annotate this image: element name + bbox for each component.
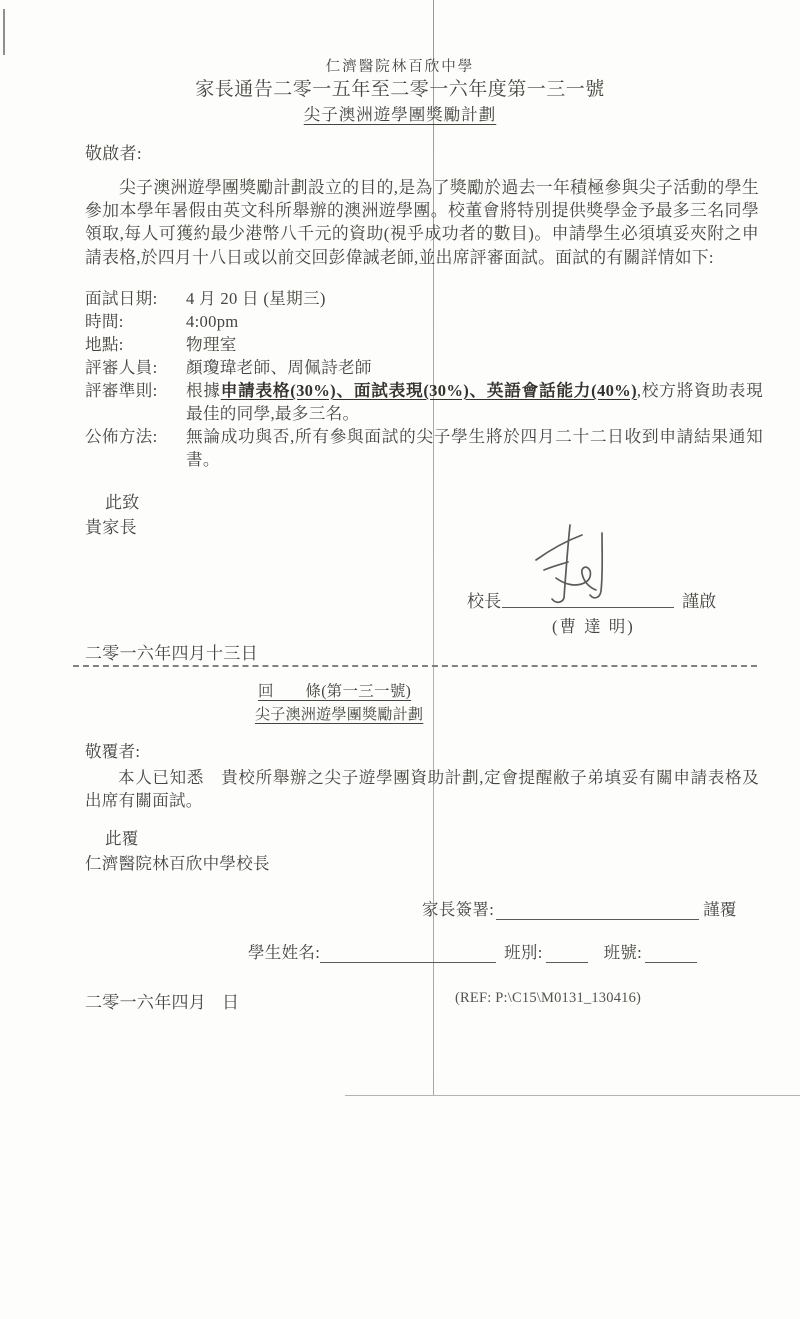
- student-name-label: 學生姓名:: [248, 943, 320, 962]
- detail-value: 根據申請表格(30%)、面試表現(30%)、英語會話能力(40%),校方將資助表…: [186, 379, 763, 425]
- scan-crease-vertical: [433, 0, 434, 1096]
- notice-closing: 此致: [105, 488, 140, 513]
- scanned-notice-page: 仁濟醫院林百欣中學 家長通告二零一五年至二零一六年度第一三一號 尖子澳洲遊學團獎…: [0, 0, 800, 1319]
- reply-addressee: 仁濟醫院林百欣中學校長: [85, 850, 270, 874]
- reply-sign-off: 謹覆: [703, 900, 737, 919]
- class-line: [546, 946, 588, 963]
- reply-date: 二零一六年四月: [85, 988, 206, 1013]
- detail-value: 物理室: [186, 333, 763, 356]
- detail-row-time: 時間: 4:00pm: [85, 310, 763, 333]
- detail-row-venue: 地點: 物理室: [85, 333, 763, 356]
- notice-date: 二零一六年四月十三日: [85, 639, 258, 664]
- notice-addressee: 貴家長: [85, 513, 137, 538]
- principal-title-label: 校長: [467, 587, 502, 612]
- notice-body-paragraph: 尖子澳洲遊學團獎勵計劃設立的目的,是為了獎勵於過去一年積極參與尖子活動的學生參加…: [85, 176, 759, 269]
- parent-signature-label: 家長簽署:: [422, 900, 494, 919]
- detail-value: 4 月 20 日 (星期三): [186, 287, 763, 310]
- document-title: 尖子澳洲遊學團獎勵計劃: [0, 101, 800, 125]
- tear-off-dashed-line: [73, 665, 757, 667]
- detail-row-criteria: 評審準則: 根據申請表格(30%)、面試表現(30%)、英語會話能力(40%),…: [85, 379, 763, 425]
- detail-row-panel: 評審人員: 顏瓊瑋老師、周佩詩老師: [85, 356, 763, 379]
- detail-label: 評審準則:: [85, 379, 186, 402]
- interview-details-list: 面試日期: 4 月 20 日 (星期三) 時間: 4:00pm 地點: 物理室 …: [85, 287, 763, 471]
- detail-label: 公佈方法:: [85, 425, 186, 448]
- reply-slip-subtitle-text: 尖子澳洲遊學團獎勵計劃: [255, 707, 423, 723]
- school-name: 仁濟醫院林百欣中學: [0, 55, 800, 76]
- reply-body-paragraph: 本人已知悉 貴校所舉辦之尖子遊學團資助計劃,定會提醒敝子弟填妥有關申請表格及出席…: [85, 766, 759, 812]
- principal-signature-line: [502, 607, 674, 608]
- class-number-line: [645, 946, 697, 963]
- scan-horizontal-line: [345, 1095, 800, 1096]
- student-info-row: 學生姓名:班別:班號:: [248, 939, 697, 963]
- notice-sign-off: 謹啟: [682, 587, 717, 612]
- detail-row-announcement: 公佈方法: 無論成功與否,所有參與面試的尖子學生將於四月二十二日收到申請結果通知…: [85, 425, 763, 471]
- scan-edge-mark: [3, 9, 5, 55]
- criteria-prefix: 根據: [186, 381, 221, 400]
- detail-value: 4:00pm: [186, 310, 763, 333]
- detail-label: 時間:: [85, 310, 186, 333]
- principal-signature: [498, 522, 638, 606]
- class-number-label: 班號:: [604, 943, 642, 962]
- reference-number: (REF: P:\C15\M0131_130416): [455, 990, 641, 1007]
- detail-label: 地點:: [85, 333, 186, 356]
- reply-closing: 此覆: [105, 825, 139, 849]
- detail-value: 顏瓊瑋老師、周佩詩老師: [186, 356, 763, 379]
- reply-slip-title-text: 回 條(第一三一號): [258, 683, 411, 700]
- parent-signature-line: [496, 903, 699, 920]
- principal-name: (曹 達 明): [552, 613, 635, 637]
- detail-label: 評審人員:: [85, 356, 186, 379]
- document-title-text: 尖子澳洲遊學團獎勵計劃: [304, 105, 497, 124]
- criteria-highlight: 申請表格(30%)、面試表現(30%)、英語會話能力(40%): [221, 381, 637, 400]
- detail-label: 面試日期:: [85, 287, 186, 310]
- class-label: 班別:: [504, 943, 542, 962]
- reply-salutation: 敬覆者:: [85, 738, 140, 762]
- reply-day-label: 日: [222, 988, 239, 1013]
- detail-row-date: 面試日期: 4 月 20 日 (星期三): [85, 287, 763, 310]
- notice-salutation: 敬啟者:: [85, 139, 142, 164]
- student-name-line: [320, 946, 496, 963]
- notice-number-line: 家長通告二零一五年至二零一六年度第一三一號: [0, 74, 800, 101]
- detail-value: 無論成功與否,所有參與面試的尖子學生將於四月二十二日收到申請結果通知書。: [186, 425, 763, 471]
- reply-slip-title: 回 條(第一三一號): [258, 679, 411, 701]
- parent-signature-row: 家長簽署:謹覆: [422, 896, 737, 920]
- reply-slip-subtitle: 尖子澳洲遊學團獎勵計劃: [255, 703, 423, 724]
